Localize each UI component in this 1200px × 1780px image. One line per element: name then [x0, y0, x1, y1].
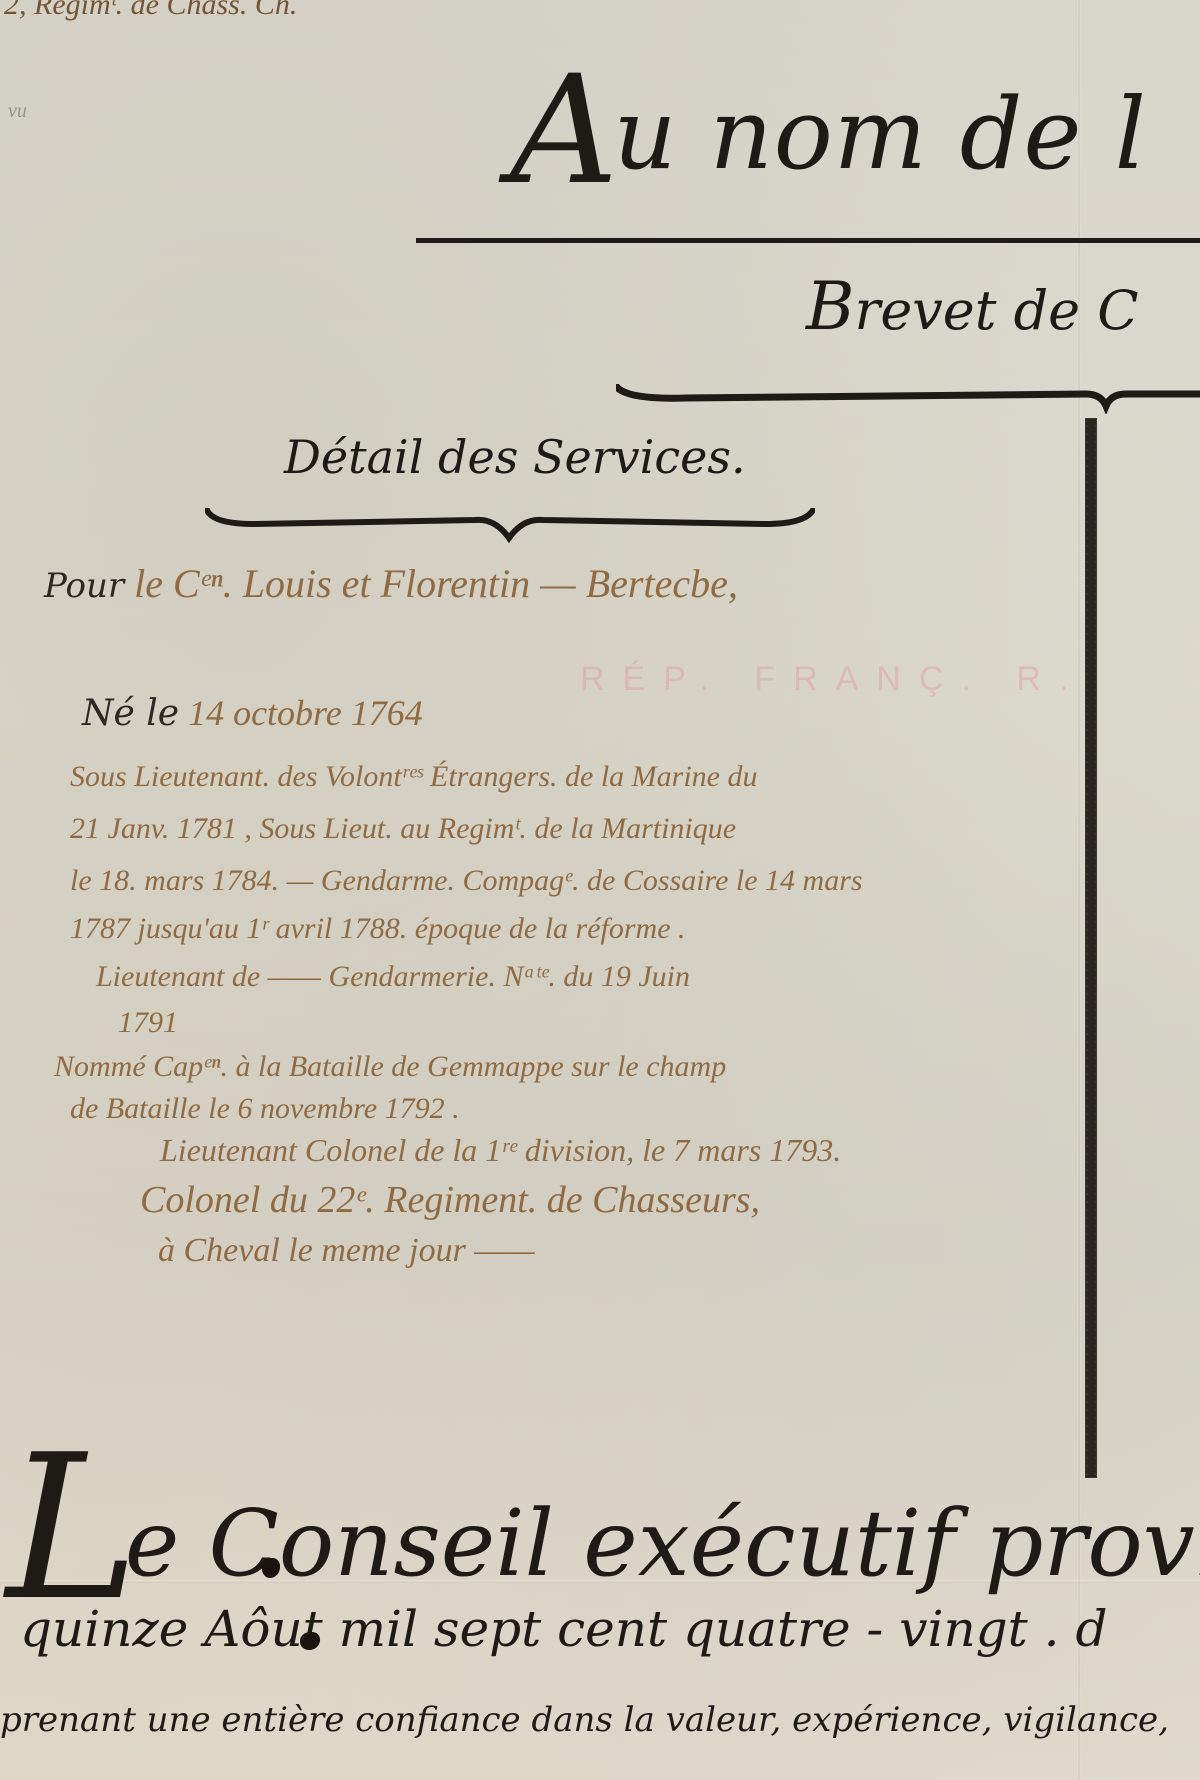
vertical-column-rule: [1085, 418, 1097, 1478]
service-entry: 21 Janv. 1781 , Sous Lieut. au Regimᵗ. d…: [70, 812, 736, 846]
recipient-name: le Cᵉⁿ. Louis et Florentin — Bertecbe,: [124, 561, 738, 606]
service-entry: Nommé Capᵉⁿ. à la Bataille de Gemmappe s…: [54, 1050, 726, 1084]
service-entry: Lieutenant de —— Gendarmerie. Nᵃᵗᵉ. du 1…: [96, 960, 690, 994]
date-line: quinze Aôut mil sept cent quatre - vingt…: [20, 1600, 1107, 1658]
body-text-line: prenant une entière confiance dans la va…: [0, 1700, 1169, 1740]
margin-mark: vu: [8, 100, 27, 123]
service-entry: de Bataille le 6 novembre 1792 .: [70, 1092, 460, 1126]
conseil-text: e Conseil exécutif provis: [125, 1490, 1200, 1597]
heading-rule: [416, 238, 1200, 243]
sub-heading: Brevet de C: [806, 268, 1139, 345]
birth-date: 14 octobre 1764: [179, 693, 423, 733]
service-entry: 1787 jusqu'au 1ʳ avril 1788. époque de l…: [70, 912, 686, 946]
service-entry: 1791: [118, 1006, 178, 1040]
main-heading-initial: A: [510, 44, 619, 218]
pour-label: Pour: [44, 566, 124, 606]
faded-red-stamp: RÉP. FRANÇ. R.: [580, 660, 1086, 699]
detail-heading: Détail des Services.: [284, 430, 746, 484]
conseil-heading: Le Conseil exécutif provis: [6, 1390, 1200, 1623]
sub-heading-initial: B: [806, 268, 855, 345]
service-entry: le 18. mars 1784. — Gendarme. Compagᵉ. d…: [70, 864, 863, 898]
sub-heading-text: revet de C: [855, 279, 1139, 342]
main-heading: Au nom de l: [510, 30, 1147, 204]
brace-ornament-top: [616, 384, 1200, 414]
born-label: Né le: [82, 693, 179, 734]
service-entry: Colonel du 22ᵉ. Regiment. de Chasseurs,: [140, 1178, 760, 1222]
main-heading-text: u nom de l: [613, 78, 1147, 192]
birth-line: Né le 14 octobre 1764: [82, 692, 423, 734]
service-entry: à Cheval le meme jour ——: [158, 1232, 535, 1270]
service-entry: Lieutenant Colonel de la 1ʳᵉ division, l…: [160, 1132, 841, 1169]
recipient-line: Pour le Cᵉⁿ. Louis et Florentin — Bertec…: [44, 560, 738, 607]
brace-ornament-detail: [205, 508, 815, 544]
top-handwritten-note: 2, Regimᵗ. de Chass. Ch.: [4, 0, 297, 22]
service-entry: Sous Lieutenant. des Volontʳᵉˢ Étrangers…: [70, 760, 757, 794]
